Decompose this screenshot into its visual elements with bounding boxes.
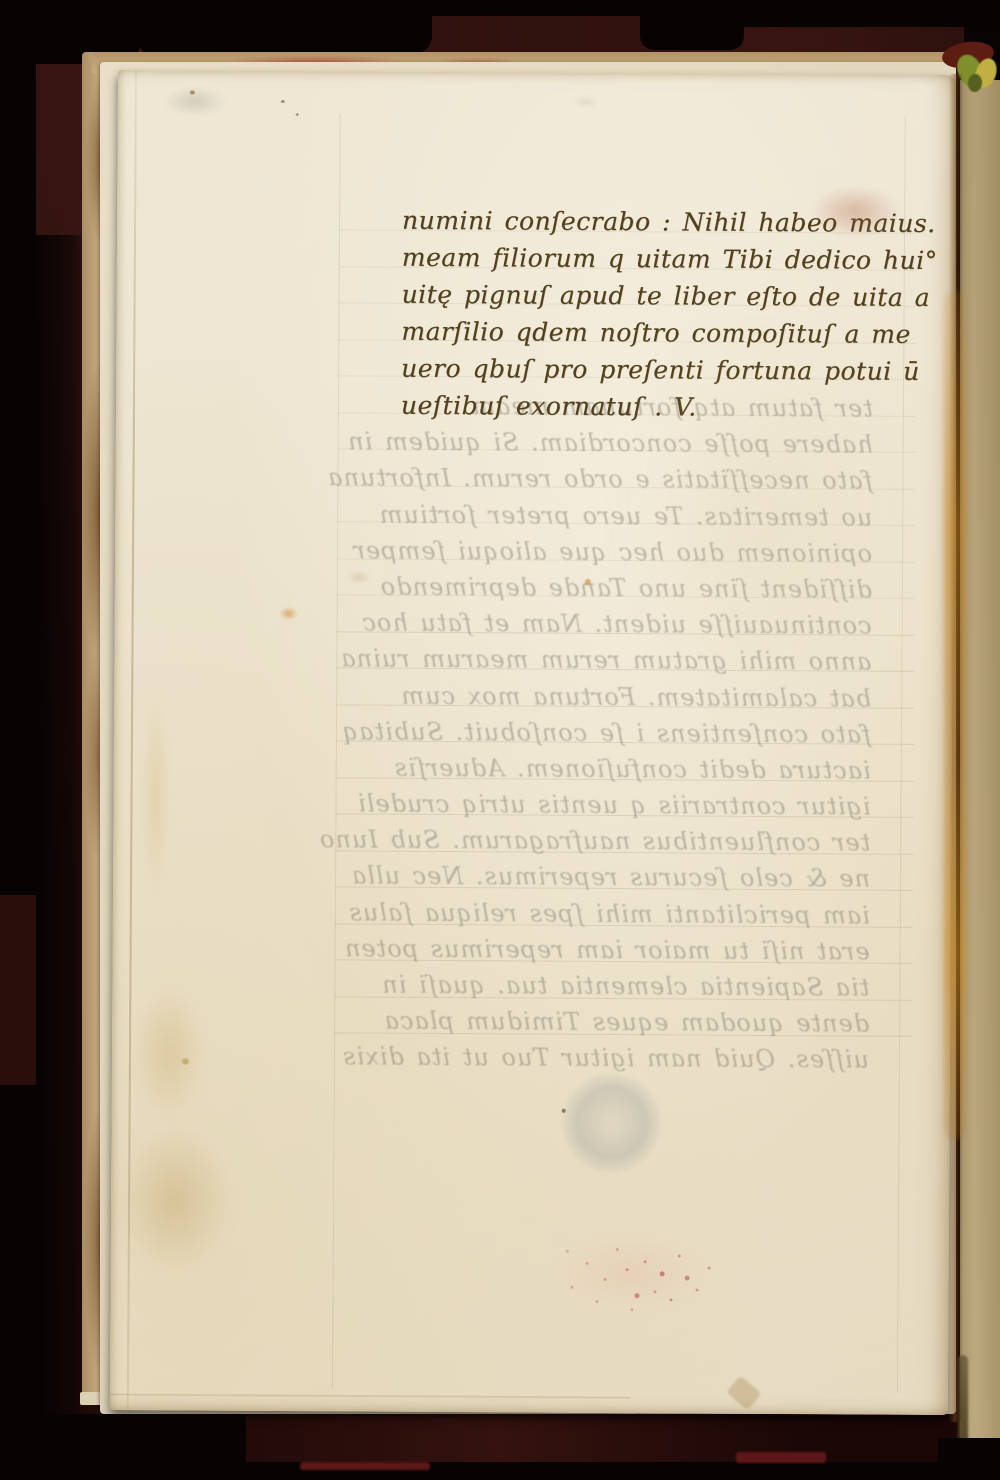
grey-smudge — [163, 86, 227, 116]
backdrop-top-right — [742, 0, 1000, 27]
ink-speck — [296, 113, 299, 116]
manuscript-text-line: uitę pignuſ apud te liber eſto de uita a — [402, 276, 922, 316]
endband-olive — [967, 73, 983, 92]
ink-speck — [190, 90, 195, 94]
bleedthrough-text-line: erat niſi tu maior iam reperimus poten — [390, 930, 870, 969]
backdrop-left — [0, 0, 36, 1480]
bleedthrough-text-line: iactura dedit confuſionem. Aduerſis — [391, 750, 871, 789]
bleedthrough-text-line: ter confluentibus naufragarum. Sub Iuno — [390, 822, 870, 861]
dark-speck — [562, 1109, 566, 1113]
backdrop-bottom-right — [938, 1438, 1000, 1480]
fore-edge-pages — [960, 80, 1000, 1440]
bleedthrough-text-line: iam periclitanti mihi ſpes reliqua ſalus — [390, 894, 870, 933]
bleedthrough-text-line: dente quodam eques Timidum placa — [389, 1003, 869, 1042]
brown-dot — [182, 1058, 189, 1064]
red-speckle-cluster — [540, 1223, 721, 1324]
warm-mottling — [594, 303, 917, 725]
yellow-stain — [132, 985, 207, 1120]
yellow-margin-streak — [141, 690, 170, 900]
bleedthrough-text-line: uiſſes. Quid nam igitur Tuo ut ita dixis — [389, 1039, 869, 1078]
red-brown-stain — [809, 184, 901, 239]
cover-shadow — [36, 235, 88, 1470]
manuscript-page: ter fatum atq fortunam meam habere poſſe… — [110, 70, 956, 1415]
ink-speck — [281, 100, 285, 103]
fore-edge-orange-stain — [944, 290, 966, 1140]
cover-crimson-streak — [736, 1452, 826, 1463]
red-speckles — [626, 1268, 629, 1271]
orange-stain — [280, 607, 298, 620]
yellow-stain-large — [117, 1125, 233, 1276]
cover-crimson-streak — [300, 1462, 430, 1470]
grey-wisp — [573, 97, 599, 107]
photograph-of-manuscript: { "manuscript": { "description": "Openin… — [0, 0, 1000, 1480]
backdrop-top-a — [140, 14, 432, 54]
bleedthrough-text-line: tia Sapientia clementia tua. quaſi in — [389, 967, 869, 1006]
bleedthrough-text-line: igitur contrariis q uentis utriq crudeli — [390, 786, 870, 825]
backdrop-bottom — [0, 1462, 1000, 1480]
backdrop-top-b — [640, 14, 744, 50]
bleedthrough-text-line: ne & celo ſecurus reperimus. Nec ulla — [390, 858, 870, 897]
bottom-crease — [110, 1394, 630, 1398]
cover-left-glimpse — [0, 895, 36, 1085]
pink-blush — [550, 1233, 710, 1314]
margin-rule-left — [332, 113, 341, 1389]
manuscript-text-line: meam filiorum q uitam Tibi dedico hui° — [402, 239, 922, 279]
orange-dot — [585, 579, 591, 585]
tan-smudge — [347, 571, 371, 583]
library-stamp-showthrough — [563, 1075, 660, 1172]
tan-mark — [726, 1375, 762, 1410]
bleedthrough-text-line: fato conſentiens i ſe conſobuit. Subitaq — [391, 713, 871, 752]
